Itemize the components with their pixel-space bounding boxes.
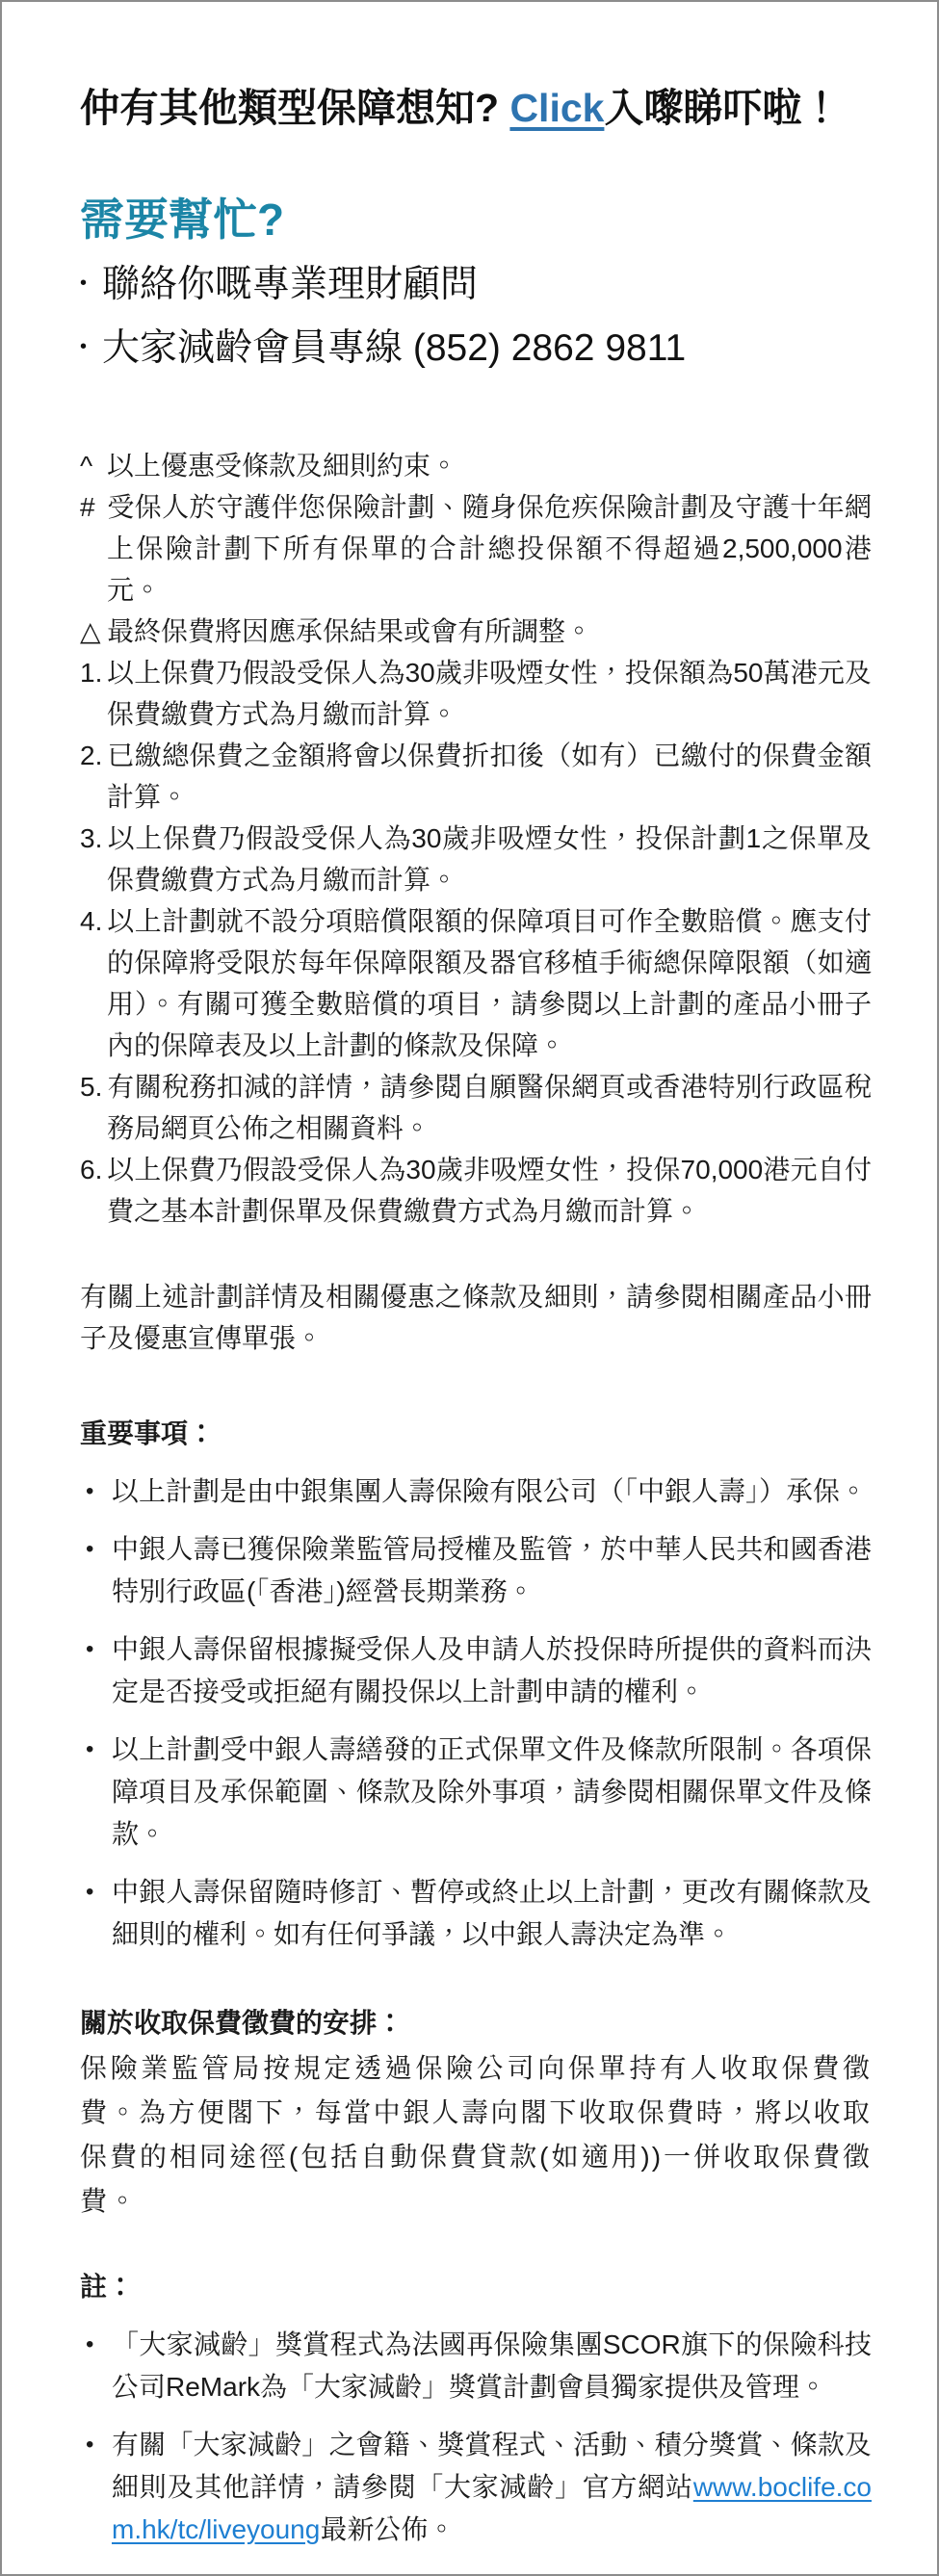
- contact-advisor-label: 聯絡你嘅專業理財顧問: [102, 264, 478, 305]
- footnote-text: 最終保費將因應承保結果或會有所調整。: [107, 616, 592, 646]
- promo-heading: 仲有其他類型保障想知? Click入嚟睇吓啦！: [80, 83, 872, 133]
- important-bullet-text: 中銀人壽保留根據擬受保人及申請人於投保時所提供的資料而決定是否接受或拒絕有關投保…: [112, 1634, 872, 1706]
- footnote-marker: 4.: [80, 900, 107, 942]
- footnote-marker: #: [80, 486, 107, 528]
- footnote-triangle: △最終保費將因應承保結果或會有所調整。: [80, 611, 872, 652]
- footnote-text: 受保人於守護伴您保險計劃、隨身保危疾保險計劃及守護十年網上保險計劃下所有保單的合…: [107, 492, 872, 605]
- contact-item-hotline: •大家減齡會員專線 (852) 2862 9811: [80, 320, 872, 376]
- footnote-text: 有關稅務扣減的詳情，請參閱自願醫保網頁或香港特別行政區稅務局網頁公佈之相關資料。: [107, 1072, 872, 1143]
- footnote-text: 以上保費乃假設受保人為30歲非吸煙女性，投保額為50萬港元及保費繳費方式為月繳而…: [107, 658, 872, 729]
- footnote-hash: #受保人於守護伴您保險計劃、隨身保危疾保險計劃及守護十年網上保險計劃下所有保單的…: [80, 486, 872, 611]
- footnote-caret: ^以上優惠受條款及細則約束。: [80, 445, 872, 486]
- footnote-text: 已繳總保費之金額將會以保費折扣後（如有）已繳付的保費金額計算。: [107, 741, 872, 812]
- bullet-icon: •: [86, 2324, 93, 2366]
- bullet-icon: •: [86, 1470, 93, 1513]
- promo-heading-suffix: 入嚟睇吓啦！: [604, 86, 841, 130]
- important-bullet-text: 中銀人壽已獲保險業監管局授權及監管，於中華人民共和國香港特別行政區(「香港」)經…: [112, 1534, 872, 1606]
- terms-and-conditions-page: 仲有其他類型保障想知? Click入嚟睇吓啦！ 需要幫忙? •聯絡你嘅專業理財顧…: [0, 0, 939, 2576]
- important-notes-title: 重要事項：: [80, 1413, 872, 1455]
- footnote-text: 以上優惠受條款及細則約束。: [107, 451, 457, 481]
- footnote-marker: ^: [80, 445, 107, 486]
- important-bullet-text: 以上計劃是由中銀集團人壽保險有限公司（「中銀人壽」）承保。: [112, 1476, 867, 1506]
- bullet-icon: •: [86, 2424, 93, 2466]
- levy-arrangement-body: 保險業監管局按規定透過保險公司向保單持有人收取保費徵費。為方便閣下，每當中銀人壽…: [80, 2046, 872, 2224]
- footnotes-section: ^以上優惠受條款及細則約束。 #受保人於守護伴您保險計劃、隨身保危疾保險計劃及守…: [80, 445, 872, 1232]
- footnote-text: 以上計劃就不設分項賠償限額的保障項目可作全數賠償。應支付的保障將受限於每年保障限…: [107, 906, 872, 1060]
- levy-arrangement-title: 關於收取保費徵費的安排：: [80, 2002, 872, 2044]
- footnote-text: 以上保費乃假設受保人為30歲非吸煙女性，投保70,000港元自付費之基本計劃保單…: [107, 1155, 872, 1226]
- bullet-icon: •: [80, 273, 87, 294]
- footnote-6: 6.以上保費乃假設受保人為30歲非吸煙女性，投保70,000港元自付費之基本計劃…: [80, 1149, 872, 1232]
- important-bullet: •中銀人壽已獲保險業監管局授權及監管，於中華人民共和國香港特別行政區(「香港」)…: [80, 1528, 872, 1613]
- click-link[interactable]: Click: [509, 86, 604, 130]
- footnote-4: 4.以上計劃就不設分項賠償限額的保障項目可作全數賠償。應支付的保障將受限於每年保…: [80, 900, 872, 1066]
- footnote-3: 3.以上保費乃假設受保人為30歲非吸煙女性，投保計劃1之保單及保費繳費方式為月繳…: [80, 818, 872, 900]
- important-bullet: •以上計劃受中銀人壽繕發的正式保單文件及條款所限制。各項保障項目及承保範圍、條款…: [80, 1729, 872, 1856]
- important-bullet-text: 中銀人壽保留隨時修訂、暫停或終止以上計劃，更改有關條款及細則的權利。如有任何爭議…: [112, 1877, 872, 1949]
- remarks-title: 註：: [80, 2266, 872, 2308]
- remark-bullet: •「大家減齡」獎賞程式為法國再保險集團SCOR旗下的保險科技公司ReMark為「…: [80, 2324, 872, 2408]
- footnote-marker: △: [80, 611, 107, 652]
- footnote-marker: 2.: [80, 735, 107, 776]
- footnote-2: 2.已繳總保費之金額將會以保費折扣後（如有）已繳付的保費金額計算。: [80, 735, 872, 818]
- footnote-text: 以上保費乃假設受保人為30歲非吸煙女性，投保計劃1之保單及保費繳費方式為月繳而計…: [107, 823, 872, 895]
- remark-bullet: •有關「大家減齡」之會籍、獎賞程式、活動、積分獎賞、條款及細則及其他詳情，請參閱…: [80, 2424, 872, 2551]
- contact-item-advisor: •聯絡你嘅專業理財顧問: [80, 256, 872, 312]
- bullet-icon: •: [86, 1628, 93, 1671]
- need-help-title: 需要幫忙?: [80, 193, 872, 247]
- footnote-5: 5.有關稅務扣減的詳情，請參閱自願醫保網頁或香港特別行政區稅務局網頁公佈之相關資…: [80, 1066, 872, 1149]
- plan-details-note: 有關上述計劃詳情及相關優惠之條款及細則，請參閱相關產品小冊子及優惠宣傳單張。: [80, 1276, 872, 1359]
- footnote-1: 1.以上保費乃假設受保人為30歲非吸煙女性，投保額為50萬港元及保費繳費方式為月…: [80, 652, 872, 735]
- bullet-icon: •: [86, 1871, 93, 1913]
- contact-hotline-label: 大家減齡會員專線 (852) 2862 9811: [102, 327, 686, 369]
- footnote-marker: 6.: [80, 1149, 107, 1190]
- bullet-icon: •: [80, 336, 87, 357]
- remark-bullet-text: 「大家減齡」獎賞程式為法國再保險集團SCOR旗下的保險科技公司ReMark為「大…: [112, 2329, 872, 2402]
- bullet-icon: •: [86, 1729, 93, 1771]
- footnote-marker: 5.: [80, 1066, 107, 1107]
- bullet-icon: •: [86, 1528, 93, 1571]
- important-bullet: •中銀人壽保留隨時修訂、暫停或終止以上計劃，更改有關條款及細則的權利。如有任何爭…: [80, 1871, 872, 1956]
- footnote-marker: 3.: [80, 818, 107, 859]
- footnote-marker: 1.: [80, 652, 107, 693]
- remark-bullet-suffix: 最新公佈。: [320, 2514, 455, 2544]
- important-bullet-text: 以上計劃受中銀人壽繕發的正式保單文件及條款所限制。各項保障項目及承保範圍、條款及…: [112, 1734, 872, 1849]
- important-bullet: •中銀人壽保留根據擬受保人及申請人於投保時所提供的資料而決定是否接受或拒絕有關投…: [80, 1628, 872, 1713]
- important-bullet: •以上計劃是由中銀集團人壽保險有限公司（「中銀人壽」）承保。: [80, 1470, 872, 1513]
- promo-heading-prefix: 仲有其他類型保障想知?: [80, 86, 509, 130]
